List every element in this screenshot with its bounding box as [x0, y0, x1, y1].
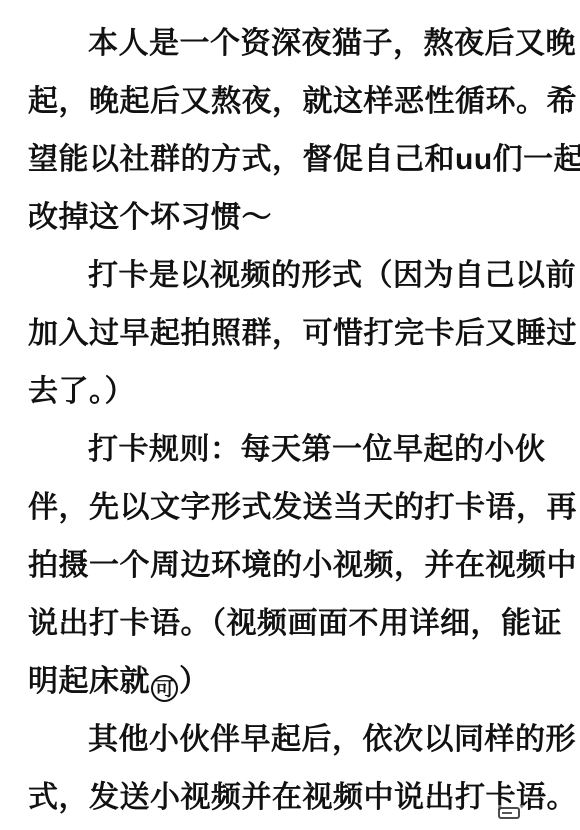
text-line: 打卡是以视频的形式（因为自己以前 — [28, 247, 558, 305]
text-line: 加入过早起拍照群，可惜打完卡后又睡过 — [28, 305, 558, 363]
text-line: 去了。） — [28, 363, 558, 421]
paragraph-rules: 打卡规则：每天第一位早起的小伙 伴，先以文字形式发送当天的打卡语，再 拍摄一个周… — [28, 421, 558, 711]
text-line: 改掉这个坏习惯～ — [28, 189, 558, 247]
text-line: 伴，先以文字形式发送当天的打卡语，再 — [28, 479, 558, 537]
text-segment: ） — [179, 665, 210, 698]
paragraph-others: 其他小伙伴早起后，依次以同样的形 式，发送小视频并在视频中说出打卡语。 — [28, 711, 558, 827]
text-line: 说出打卡语。（视频画面不用详细，能证 — [28, 595, 558, 653]
circled-ok-icon: 可 — [151, 675, 178, 702]
text-line: 其他小伙伴早起后，依次以同样的形 — [28, 711, 558, 769]
text-segment: 明起床就 — [28, 665, 150, 698]
text-line: 打卡规则：每天第一位早起的小伙 — [28, 421, 558, 479]
paragraph-video-format: 打卡是以视频的形式（因为自己以前 加入过早起拍照群，可惜打完卡后又睡过 去了。） — [28, 247, 558, 421]
watermark-mark-icon — [502, 812, 512, 814]
text-line: 拍摄一个周边环境的小视频，并在视频中 — [28, 537, 558, 595]
paragraph-intro: 本人是一个资深夜猫子，熬夜后又晚 起，晚起后又熬夜，就这样恶性循环。希 望能以社… — [28, 15, 558, 247]
text-body: 本人是一个资深夜猫子，熬夜后又晚 起，晚起后又熬夜，就这样恶性循环。希 望能以社… — [28, 15, 558, 827]
text-line: 式，发送小视频并在视频中说出打卡语。 — [28, 769, 558, 827]
text-line: 明起床就可） — [28, 653, 558, 711]
text-line: 本人是一个资深夜猫子，熬夜后又晚 — [28, 15, 558, 73]
watermark-badge — [497, 805, 524, 822]
document-page: 本人是一个资深夜猫子，熬夜后又晚 起，晚起后又熬夜，就这样恶性循环。希 望能以社… — [0, 0, 580, 830]
text-line: 望能以社群的方式，督促自己和uu们一起 — [28, 131, 558, 189]
text-line: 起，晚起后又熬夜，就这样恶性循环。希 — [28, 73, 558, 131]
